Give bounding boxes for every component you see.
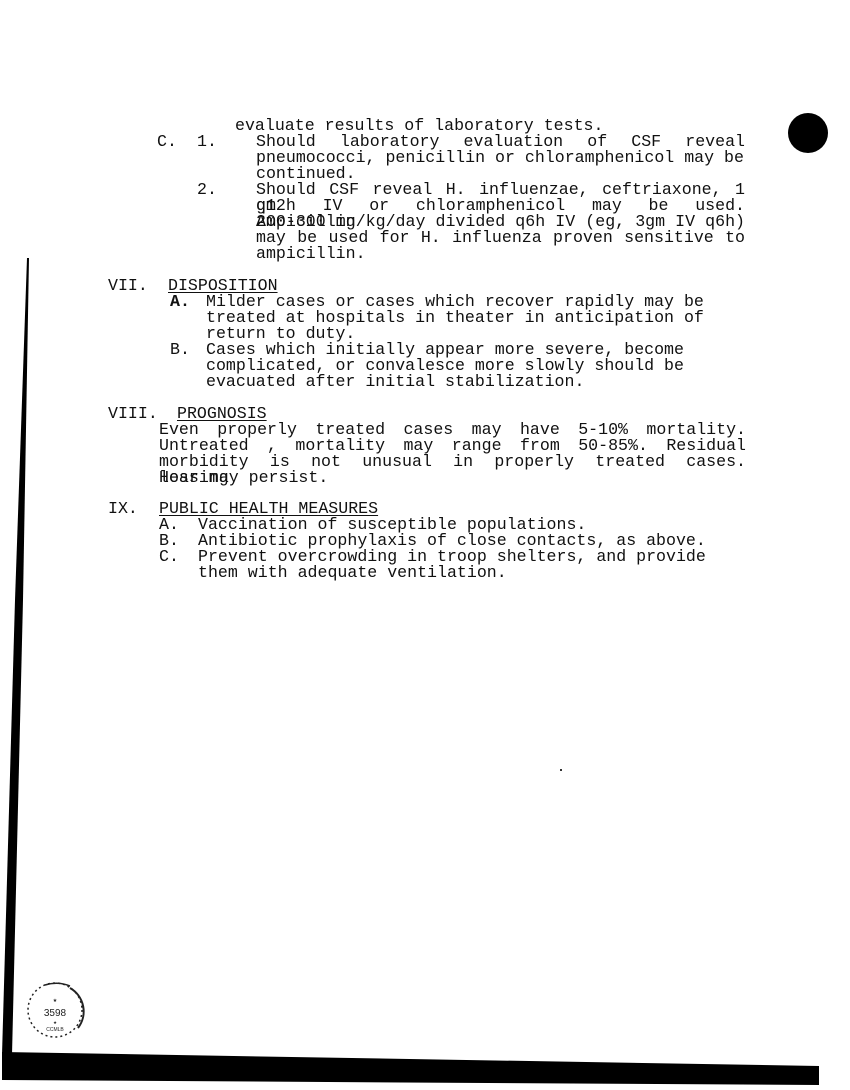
left-edge-line-top (15, 258, 29, 600)
svg-text:★: ★ (53, 997, 58, 1005)
disposition-b-line: evacuated after initial stabilization. (206, 374, 584, 390)
bottom-edge-bar (2, 1052, 819, 1085)
svg-text:★: ★ (53, 1019, 57, 1026)
left-edge-bar (2, 600, 23, 1055)
subsection-c-label: C. (157, 134, 177, 150)
stamp-lower-text: CCMLB (46, 1027, 64, 1033)
item-c1-number: 1. (197, 134, 217, 150)
item-c2-line: ampicillin. (256, 246, 366, 262)
speck (560, 769, 562, 771)
stamp-number: 3598 (44, 1008, 67, 1019)
section-viii-numeral: VIII. (108, 406, 158, 422)
disposition-b-label: B. (170, 342, 190, 358)
disposition-a-label: A. (170, 294, 190, 310)
section-vii-numeral: VII. (108, 278, 148, 294)
stamp-seal: ★ 3598 ★ CCMLB (28, 983, 84, 1037)
prognosis-line: loss may persist. (159, 470, 328, 486)
section-ix-numeral: IX. (108, 501, 138, 517)
measure-c-line: them with adequate ventilation. (198, 565, 507, 581)
item-c2-number: 2. (197, 182, 217, 198)
measure-c-label: C. (159, 549, 179, 565)
punch-hole-mark (788, 113, 828, 153)
